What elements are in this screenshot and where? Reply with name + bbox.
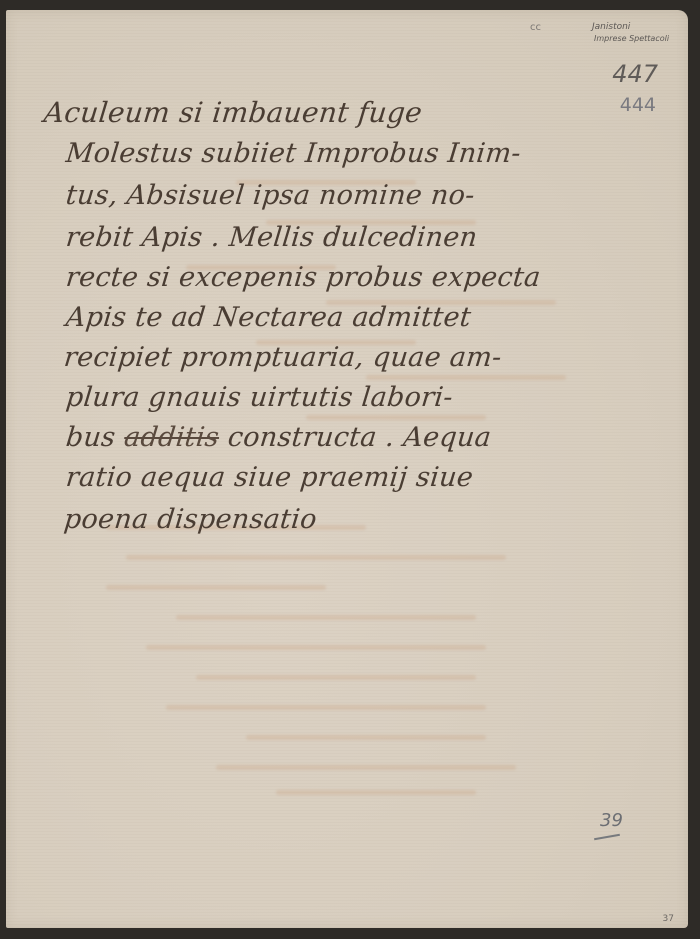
- manuscript-page: cc Janistoni Imprese Spettacoli 447 444 …: [6, 10, 688, 928]
- bottom-folio-underline: [594, 834, 620, 840]
- folio-number-primary: 447: [612, 60, 658, 88]
- text-line-6: Apis te ad Nectarea admittet: [64, 302, 472, 333]
- struck-word: additis: [123, 422, 221, 453]
- bottom-corner-mark: 37: [663, 914, 674, 924]
- folio-number-secondary: 444: [620, 94, 656, 116]
- text-line-4: rebit Apis . Mellis dulcedinen: [64, 222, 479, 253]
- text-line-10: ratio aequa siue praemij siue: [64, 462, 474, 493]
- text-line-5: recte si excepenis probus expecta: [64, 262, 542, 293]
- top-pencil-mark: cc: [530, 22, 541, 33]
- text-line-11: poena dispensatio: [62, 504, 318, 535]
- text-line-7: recipiet promptuaria, quae am-: [62, 342, 503, 373]
- text-line-1: Aculeum si imbauent fuge: [42, 96, 424, 129]
- top-note-line-1: Janistoni: [592, 22, 630, 32]
- text-line-3: tus, Absisuel ipsa nomine no-: [64, 180, 476, 211]
- bottom-folio-number: 39: [600, 810, 623, 831]
- text-line-9-start: bus: [64, 422, 117, 453]
- text-line-8: plura gnauis uirtutis labori-: [64, 382, 454, 413]
- text-line-9-rest: constructa . Aequa: [226, 422, 492, 453]
- text-line-2: Molestus subiiet Improbus Inim-: [64, 138, 522, 169]
- top-note-line-2: Imprese Spettacoli: [594, 34, 669, 43]
- text-line-9: bus additis constructa . Aequa: [64, 422, 492, 453]
